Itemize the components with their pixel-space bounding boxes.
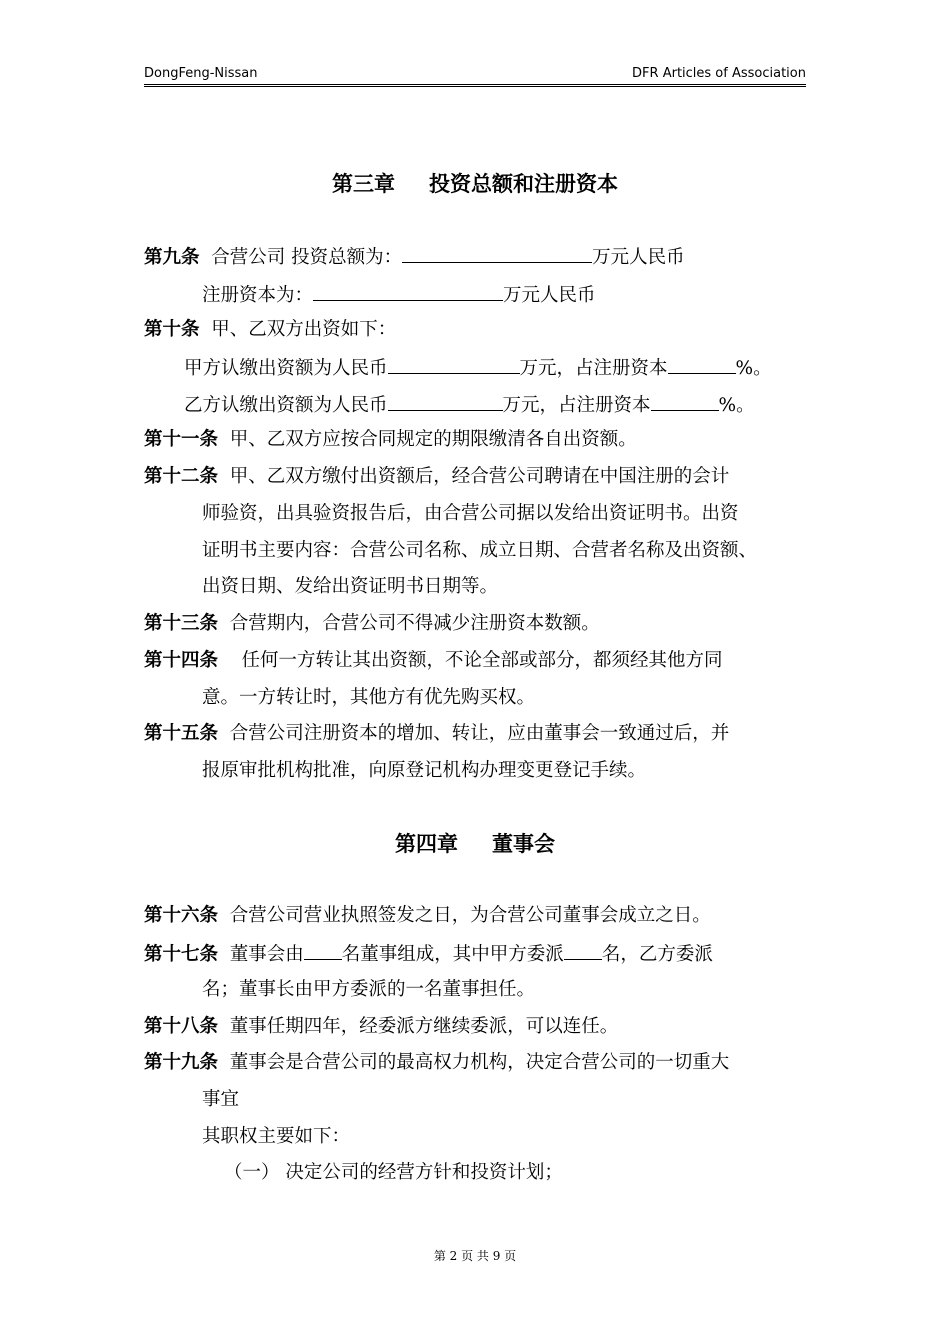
article-text: 名，乙方委派 <box>602 944 713 965</box>
article-19-item-1: （一） 决定公司的经营方针和投资计划； <box>224 1161 563 1185</box>
article-17: 第十七条 董事会由名董事组成，其中甲方委派名，乙方委派 <box>144 941 713 967</box>
header-document-title: DFR Articles of Association <box>632 66 806 81</box>
blank-party-a-amount <box>388 355 520 374</box>
unit-label: 万元人民币 <box>503 285 596 306</box>
article-label: 第九条 <box>144 247 200 268</box>
blank-total-investment <box>402 244 592 263</box>
article-16: 第十六条 合营公司营业执照签发之日，为合营公司董事会成立之日。 <box>144 904 711 928</box>
article-label: 第十九条 <box>144 1052 218 1073</box>
article-text: 乙方认缴出资额为人民币 <box>184 395 388 416</box>
article-text: 注册资本为： <box>202 285 313 306</box>
header-rule <box>144 84 806 85</box>
page-header: DongFeng-Nissan DFR Articles of Associat… <box>144 66 806 86</box>
article-12-line-2: 师验资，出具验资报告后，由合营公司据以发给出资证明书。出资 <box>202 502 739 526</box>
article-text: 合营公司营业执照签发之日，为合营公司董事会成立之日。 <box>230 905 711 926</box>
article-9: 第九条 合营公司 投资总额为：万元人民币 <box>144 244 685 270</box>
article-text: 名董事组成，其中甲方委派 <box>342 944 564 965</box>
article-17-line-2: 名；董事长由甲方委派的一名董事担任。 <box>202 978 535 1002</box>
article-label: 第十三条 <box>144 613 218 634</box>
article-19-line-3: 其职权主要如下： <box>202 1125 350 1149</box>
article-text: 董事任期四年，经委派方继续委派，可以连任。 <box>230 1016 619 1037</box>
article-15: 第十五条 合营公司注册资本的增加、转让，应由董事会一致通过后，并 <box>144 722 729 746</box>
chapter-title: 董事会 <box>492 831 555 856</box>
article-text: 董事会由 <box>230 944 304 965</box>
article-19: 第十九条 董事会是合营公司的最高权力机构，决定合营公司的一切重大 <box>144 1051 729 1075</box>
article-label: 第十七条 <box>144 944 218 965</box>
article-10: 第十条 甲、乙双方出资如下： <box>144 318 396 342</box>
blank-party-b-percent <box>651 392 719 411</box>
article-12: 第十二条 甲、乙双方缴付出资额后，经合营公司聘请在中国注册的会计 <box>144 465 729 489</box>
article-15-line-2: 报原审批机构批准，向原登记机构办理变更登记手续。 <box>202 759 646 783</box>
article-text: 合营公司注册资本的增加、转让，应由董事会一致通过后，并 <box>230 723 730 744</box>
article-label: 第十一条 <box>144 429 218 450</box>
article-label: 第十四条 <box>144 650 218 671</box>
blank-party-b-amount <box>388 392 503 411</box>
list-text: 决定公司的经营方针和投资计划； <box>285 1162 563 1183</box>
article-text: 任何一方转让其出资额，不论全部或部分，都须经其他方同 <box>242 650 723 671</box>
article-label: 第十六条 <box>144 905 218 926</box>
blank-registered-capital <box>313 282 503 301</box>
article-10-party-a: 甲方认缴出资额为人民币万元，占注册资本%。 <box>184 355 772 381</box>
article-text: 甲、乙双方缴付出资额后，经合营公司聘请在中国注册的会计 <box>230 466 730 487</box>
chapter-4-heading: 第四章董事会 <box>144 828 806 858</box>
article-text: %。 <box>736 358 772 379</box>
chapter-title: 投资总额和注册资本 <box>429 171 618 196</box>
article-label: 第十二条 <box>144 466 218 487</box>
article-text: 合营期内，合营公司不得减少注册资本数额。 <box>230 613 600 634</box>
article-text: 甲、乙双方出资如下： <box>211 319 396 340</box>
page-footer: 第 2 页 共 9 页 <box>0 1247 950 1264</box>
unit-label: 万元人民币 <box>592 247 685 268</box>
article-text: 甲方认缴出资额为人民币 <box>184 358 388 379</box>
article-text: %。 <box>719 395 755 416</box>
article-10-party-b: 乙方认缴出资额为人民币万元，占注册资本%。 <box>184 392 755 418</box>
chapter-number: 第四章 <box>395 831 458 856</box>
article-14: 第十四条 任何一方转让其出资额，不论全部或部分，都须经其他方同 <box>144 649 723 673</box>
article-text: 万元，占注册资本 <box>503 395 651 416</box>
article-9-registered-capital: 注册资本为：万元人民币 <box>202 282 596 308</box>
article-label: 第十条 <box>144 319 200 340</box>
blank-director-count <box>304 941 342 960</box>
header-company: DongFeng-Nissan <box>144 66 258 81</box>
article-text: 董事会是合营公司的最高权力机构，决定合营公司的一切重大 <box>230 1052 730 1073</box>
header-rule-double <box>144 86 806 87</box>
article-text: 合营公司 投资总额为： <box>211 247 402 268</box>
article-text: 甲、乙双方应按合同规定的期限缴清各自出资额。 <box>230 429 637 450</box>
article-18: 第十八条 董事任期四年，经委派方继续委派，可以连任。 <box>144 1015 618 1039</box>
blank-party-a-percent <box>668 355 736 374</box>
article-label: 第十八条 <box>144 1016 218 1037</box>
chapter-number: 第三章 <box>332 171 395 196</box>
blank-party-a-directors <box>564 941 602 960</box>
article-11: 第十一条 甲、乙双方应按合同规定的期限缴清各自出资额。 <box>144 428 637 452</box>
article-12-line-3: 证明书主要内容：合营公司名称、成立日期、合营者名称及出资额、 <box>202 539 757 563</box>
article-text: 万元，占注册资本 <box>520 358 668 379</box>
list-number: （一） <box>224 1162 280 1183</box>
article-19-line-2: 事宜 <box>202 1088 239 1112</box>
article-13: 第十三条 合营期内，合营公司不得减少注册资本数额。 <box>144 612 600 636</box>
article-14-line-2: 意。一方转让时，其他方有优先购买权。 <box>202 686 535 710</box>
article-12-line-4: 出资日期、发给出资证明书日期等。 <box>202 575 498 599</box>
chapter-3-heading: 第三章投资总额和注册资本 <box>144 168 806 198</box>
document-page: DongFeng-Nissan DFR Articles of Associat… <box>0 0 950 1344</box>
article-label: 第十五条 <box>144 723 218 744</box>
